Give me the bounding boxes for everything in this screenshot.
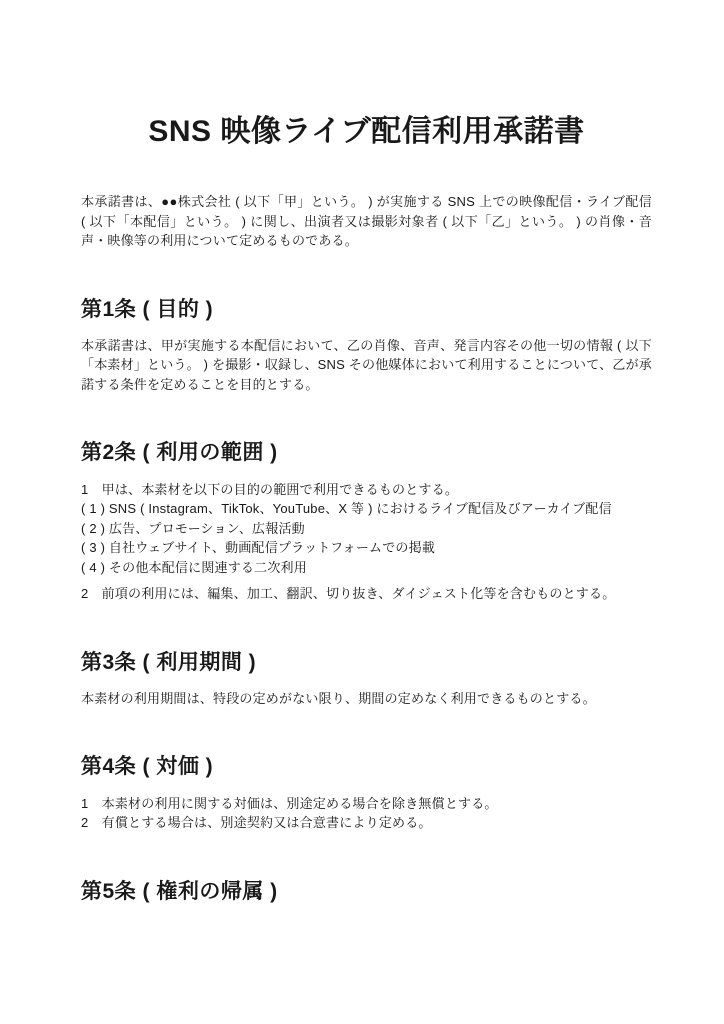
article-4-clause-2: 2 有償とする場合は、別途契約又は合意書により定める。 [81, 813, 652, 833]
article-1-section: 第1条 ( 目的 ) 本承諾書は、甲が実施する本配信において、乙の肖像、音声、発… [81, 296, 652, 395]
document-page: SNS 映像ライブ配信利用承諾書 本承諾書は、●●株式会社 ( 以下「甲」という… [0, 0, 724, 1024]
article-3-section: 第3条 ( 利用期間 ) 本素材の利用期間は、特段の定めがない限り、期間の定めな… [81, 649, 652, 709]
article-3-body: 本素材の利用期間は、特段の定めがない限り、期間の定めなく利用できるものとする。 [81, 689, 652, 709]
article-2-heading: 第2条 ( 利用の範囲 ) [81, 439, 652, 466]
intro-paragraph: 本承諾書は、●●株式会社 ( 以下「甲」という。 ) が実施する SNS 上での… [81, 192, 652, 251]
article-1-heading: 第1条 ( 目的 ) [81, 296, 652, 323]
article-2-item-1: ( 1 ) SNS ( Instagram、TikTok、YouTube、X 等… [81, 499, 652, 519]
article-3-heading: 第3条 ( 利用期間 ) [81, 649, 652, 676]
article-2-item-4: ( 4 ) その他本配信に関連する二次利用 [81, 558, 652, 578]
article-5-heading: 第5条 ( 権利の帰属 ) [81, 878, 652, 905]
article-2-section: 第2条 ( 利用の範囲 ) 1 甲は、本素材を以下の目的の範囲で利用できるものと… [81, 439, 652, 603]
article-1-body: 本承諾書は、甲が実施する本配信において、乙の肖像、音声、発言内容その他一切の情報… [81, 336, 652, 395]
article-2-clause-1: 1 甲は、本素材を以下の目的の範囲で利用できるものとする。 [81, 480, 652, 500]
article-5-section: 第5条 ( 権利の帰属 ) [81, 878, 652, 905]
article-4-heading: 第4条 ( 対価 ) [81, 753, 652, 780]
article-2-item-3: ( 3 ) 自社ウェブサイト、動画配信プラットフォームでの掲載 [81, 538, 652, 558]
article-4-clause-1: 1 本素材の利用に関する対価は、別途定める場合を除き無償とする。 [81, 794, 652, 814]
article-4-section: 第4条 ( 対価 ) 1 本素材の利用に関する対価は、別途定める場合を除き無償と… [81, 753, 652, 832]
article-2-item-2: ( 2 ) 広告、プロモーション、広報活動 [81, 519, 652, 539]
document-title: SNS 映像ライブ配信利用承諾書 [81, 112, 652, 151]
article-2-clause-2: 2 前項の利用には、編集、加工、翻訳、切り抜き、ダイジェスト化等を含むものとする… [81, 584, 652, 604]
